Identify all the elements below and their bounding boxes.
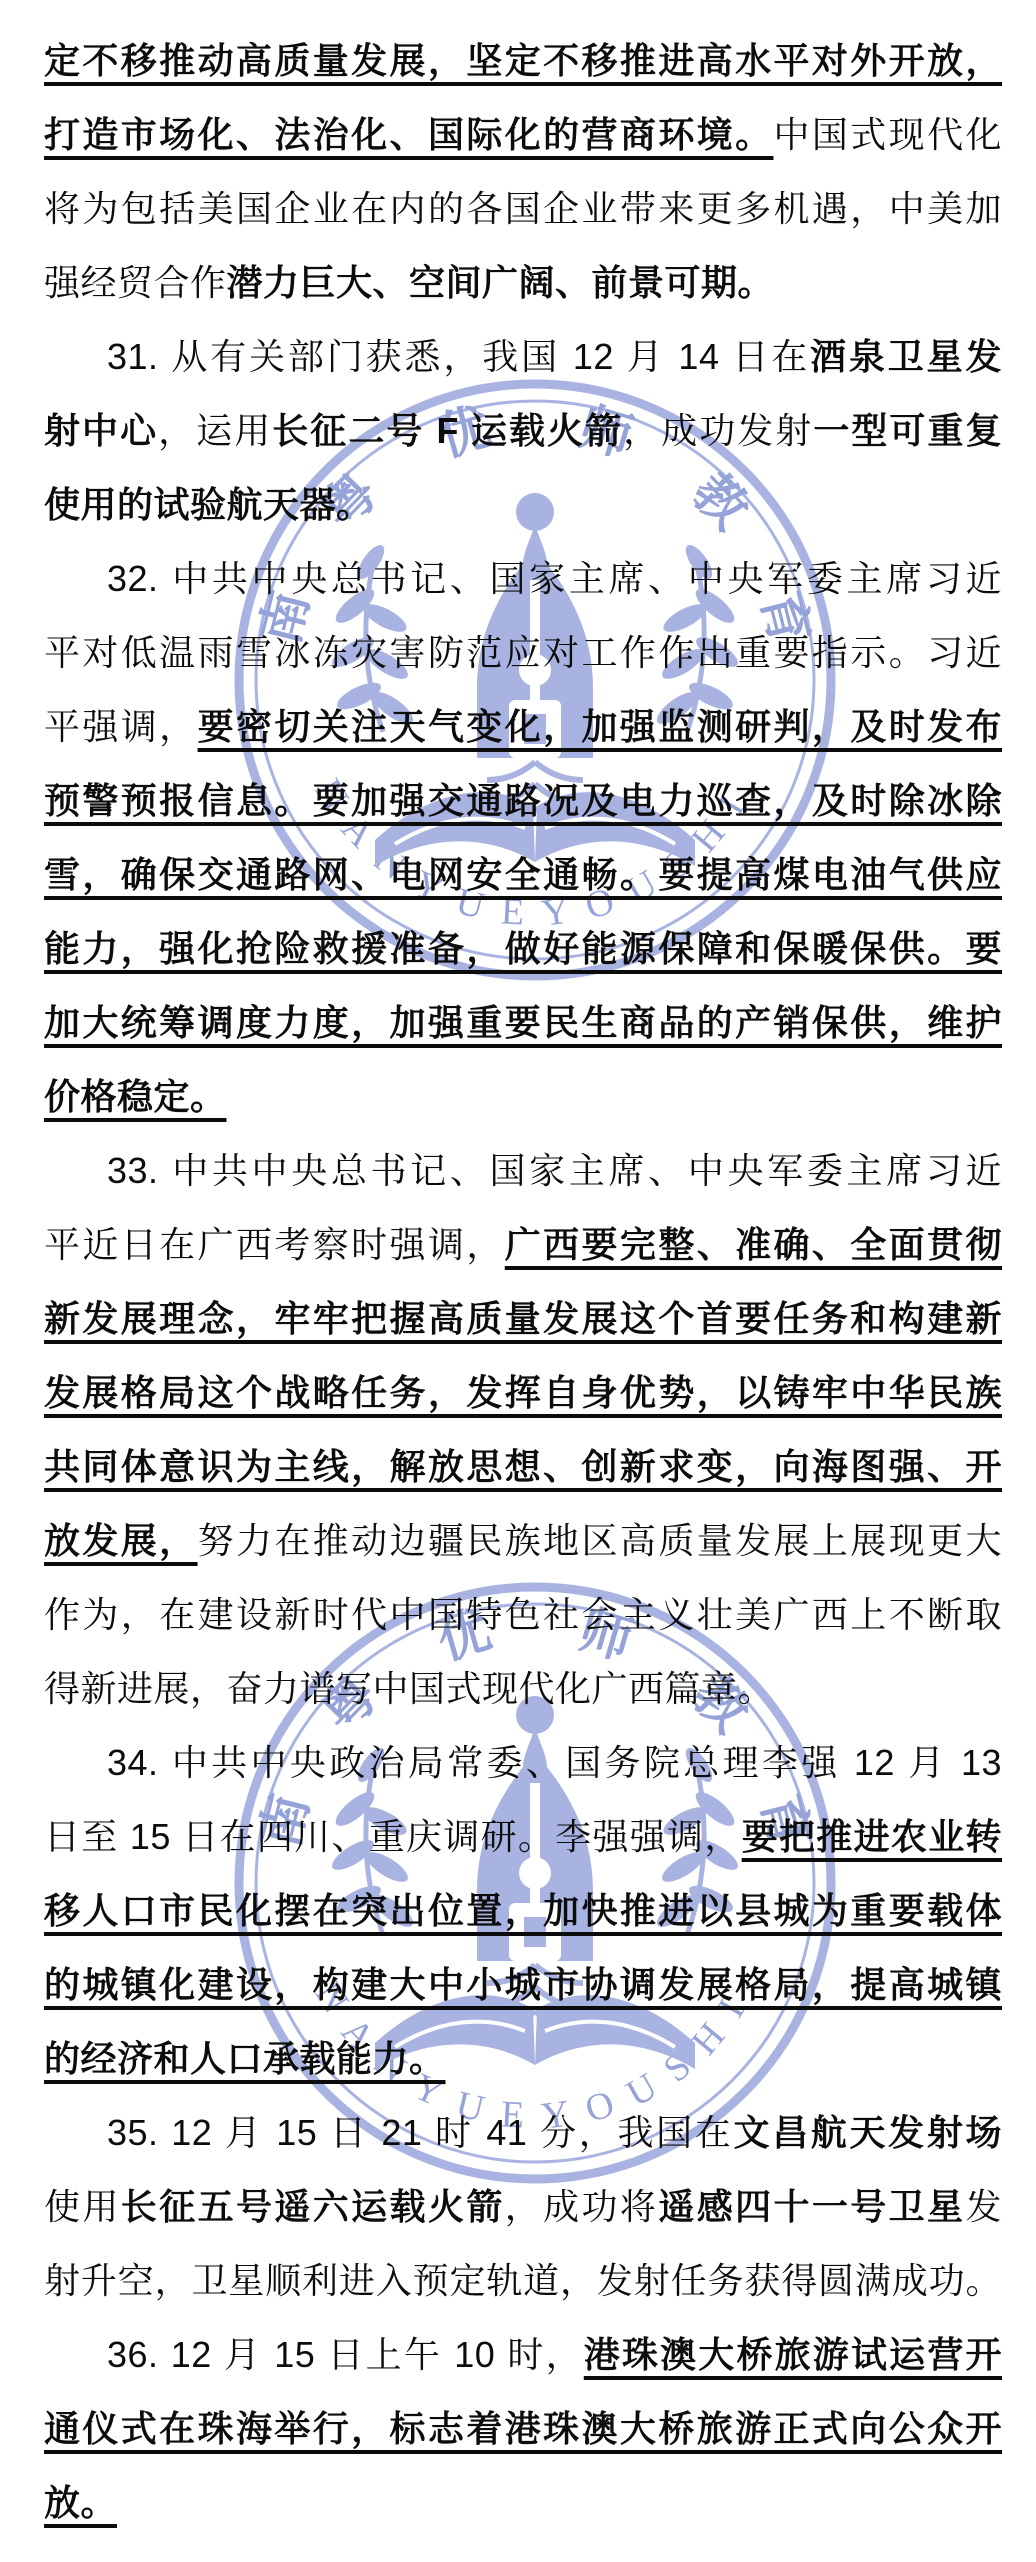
text-line: 作为，在建设新时代中国特色社会主义壮美广西上不断取 [44, 1578, 1002, 1652]
text-run: 打造市场化、法治化、国际化的营商环境。 [44, 114, 774, 155]
text-line: 共同体意识为主线，解放思想、创新求变，向海图强、开 [44, 1430, 1002, 1504]
text-run: 32. 中共中央总书记、国家主席、中央军委主席习近 [107, 558, 1002, 599]
text-run: 新发展理念，牢牢把握高质量发展这个首要任务和构建新 [44, 1298, 1002, 1339]
text-run: 的经济和人口承载能力。 [44, 2038, 446, 2079]
text-run: 一型可重复 [813, 410, 1002, 451]
text-line: 36. 12 月 15 日上午 10 时，港珠澳大桥旅游试运营开 [44, 2318, 1002, 2392]
text-line: 平近日在广西考察时强调，广西要完整、准确、全面贯彻 [44, 1208, 1002, 1282]
text-line: 发展格局这个战略任务，发挥自身优势，以铸牢中华民族 [44, 1356, 1002, 1430]
text-line: 雪，确保交通路网、电网安全通畅。要提高煤电油气供应 [44, 838, 1002, 912]
text-run: 31. 从有关部门获悉，我国 12 月 14 日在 [107, 336, 810, 377]
text-run: 放发展， [44, 1520, 198, 1561]
text-run: 定不移推动高质量发展，坚定不移推进高水平对外开放， [44, 40, 1002, 81]
text-run: 35. 12 月 15 日 21 时 41 分，我国在 [107, 2112, 733, 2153]
text-run: 发展格局这个战略任务，发挥自身优势，以铸牢中华民族 [44, 1372, 1002, 1413]
text-run: 遥感四十一号卫星 [658, 2186, 965, 2227]
text-line: 新发展理念，牢牢把握高质量发展这个首要任务和构建新 [44, 1282, 1002, 1356]
text-run: 预警预报信息。要加强交通路况及电力巡查，及时除冰除 [44, 780, 1002, 821]
text-run: 努力在推动边疆民族地区高质量发展上展现更大 [198, 1520, 1002, 1561]
text-line: 能力，强化抢险救援准备，做好能源保障和保暖保供。要 [44, 912, 1002, 986]
text-line: 的城镇化建设，构建大中小城市协调发展格局，提高城镇 [44, 1948, 1002, 2022]
text-line: 32. 中共中央总书记、国家主席、中央军委主席习近 [44, 542, 1002, 616]
text-run: 平强调， [44, 706, 198, 747]
text-run: 能力，强化抢险救援准备，做好能源保障和保暖保供。要 [44, 928, 1002, 969]
text-line: 射升空，卫星顺利进入预定轨道，发射任务获得圆满成功。 [44, 2244, 1002, 2318]
text-run: 共同体意识为主线，解放思想、创新求变，向海图强、开 [44, 1446, 1002, 1487]
text-run: 射升空，卫星顺利进入预定轨道，发射任务获得圆满成功。 [44, 2260, 1002, 2301]
text-line: 平对低温雨雪冰冻灾害防范应对工作作出重要指示。习近 [44, 616, 1002, 690]
text-run: 放。 [44, 2482, 117, 2523]
text-line: 强经贸合作潜力巨大、空间广阔、前景可期。 [44, 246, 1002, 320]
text-line: 预警预报信息。要加强交通路况及电力巡查，及时除冰除 [44, 764, 1002, 838]
text-run: 潜力巨大、空间广阔、前景可期。 [227, 262, 775, 303]
text-line: 定不移推动高质量发展，坚定不移推进高水平对外开放， [44, 24, 1002, 98]
text-run: 33. 中共中央总书记、国家主席、中央军委主席习近 [107, 1150, 1002, 1191]
text-run: 移人口市民化摆在突出位置，加快推进以县城为重要载体 [44, 1890, 1002, 1931]
text-run: 长征五号遥六运载火箭 [121, 2186, 505, 2227]
text-line: 34. 中共中央政治局常委、国务院总理李强 12 月 13 [44, 1726, 1002, 1800]
text-line: 得新进展，奋力谱写中国式现代化广西篇章。 [44, 1652, 1002, 1726]
text-run: 34. 中共中央政治局常委、国务院总理李强 12 月 13 [107, 1742, 1002, 1783]
text-run: 得新进展，奋力谱写中国式现代化广西篇章。 [44, 1668, 774, 1709]
text-line: 打造市场化、法治化、国际化的营商环境。中国式现代化 [44, 98, 1002, 172]
text-run: 作为，在建设新时代中国特色社会主义壮美广西上不断取 [44, 1594, 1002, 1635]
text-run: 平近日在广西考察时强调， [44, 1224, 505, 1265]
text-line: 平强调，要密切关注天气变化，加强监测研判，及时发布 [44, 690, 1002, 764]
text-line: 日至 15 日在四川、重庆调研。李强强调，要把推进农业转 [44, 1800, 1002, 1874]
text-line: 使用的试验航天器。 [44, 468, 1002, 542]
text-line: 通仪式在珠海举行，标志着港珠澳大桥旅游正式向公众开 [44, 2392, 1002, 2466]
text-run: 平对低温雨雪冰冻灾害防范应对工作作出重要指示。习近 [44, 632, 1002, 673]
text-run: 雪，确保交通路网、电网安全通畅。要提高煤电油气供应 [44, 854, 1002, 895]
text-line: 放发展，努力在推动边疆民族地区高质量发展上展现更大 [44, 1504, 1002, 1578]
text-line: 移人口市民化摆在突出位置，加快推进以县城为重要载体 [44, 1874, 1002, 1948]
text-run: 通仪式在珠海举行，标志着港珠澳大桥旅游正式向公众开 [44, 2408, 1002, 2449]
text-run: 日至 15 日在四川、重庆调研。李强强调， [44, 1816, 742, 1857]
text-line: 33. 中共中央总书记、国家主席、中央军委主席习近 [44, 1134, 1002, 1208]
text-run: 强经贸合作 [44, 262, 227, 303]
text-line: 35. 12 月 15 日 21 时 41 分，我国在文昌航天发射场 [44, 2096, 1002, 2170]
text-run: 价格稳定。 [44, 1076, 227, 1117]
text-line: 价格稳定。 [44, 1060, 1002, 1134]
text-run: 加大统筹调度力度，加强重要民生商品的产销保供，维护 [44, 1002, 1002, 1043]
text-run: 射中心 [44, 410, 158, 451]
document-page: 定不移推动高质量发展，坚定不移推进高水平对外开放，打造市场化、法治化、国际化的营… [0, 0, 1036, 2562]
text-line: 加大统筹调度力度，加强重要民生商品的产销保供，维护 [44, 986, 1002, 1060]
text-run: 的城镇化建设，构建大中小城市协调发展格局，提高城镇 [44, 1964, 1002, 2005]
text-run: ，成功发射 [623, 410, 813, 451]
text-run: 要把推进农业转 [742, 1816, 1002, 1857]
text-run: 使用的试验航天器。 [44, 484, 373, 525]
text-line: 使用长征五号遥六运载火箭，成功将遥感四十一号卫星发 [44, 2170, 1002, 2244]
text-run: 广西要完整、准确、全面贯彻 [505, 1224, 1002, 1265]
text-line: 放。 [44, 2466, 1002, 2540]
text-line: 射中心，运用长征二号 F 运载火箭，成功发射一型可重复 [44, 394, 1002, 468]
text-run: 要密切关注天气变化，加强监测研判，及时发布 [198, 706, 1002, 747]
document-content: 定不移推动高质量发展，坚定不移推进高水平对外开放，打造市场化、法治化、国际化的营… [44, 24, 1002, 2540]
text-run: 中国式现代化 [774, 114, 1002, 155]
text-run: 酒泉卫星发 [810, 336, 1002, 377]
text-run: 36. 12 月 15 日上午 10 时， [107, 2334, 584, 2375]
text-run: ，运用 [158, 410, 272, 451]
text-run: ，成功将 [505, 2186, 659, 2227]
text-line: 31. 从有关部门获悉，我国 12 月 14 日在酒泉卫星发 [44, 320, 1002, 394]
text-run: 长征二号 F 运载火箭 [272, 410, 623, 451]
text-run: 港珠澳大桥旅游试运营开 [584, 2334, 1002, 2375]
text-run: 发 [965, 2186, 1002, 2227]
text-line: 的经济和人口承载能力。 [44, 2022, 1002, 2096]
text-run: 将为包括美国企业在内的各国企业带来更多机遇，中美加 [44, 188, 1002, 229]
text-run: 使用 [44, 2186, 121, 2227]
text-line: 将为包括美国企业在内的各国企业带来更多机遇，中美加 [44, 172, 1002, 246]
text-run: 文昌航天发射场 [733, 2112, 1002, 2153]
